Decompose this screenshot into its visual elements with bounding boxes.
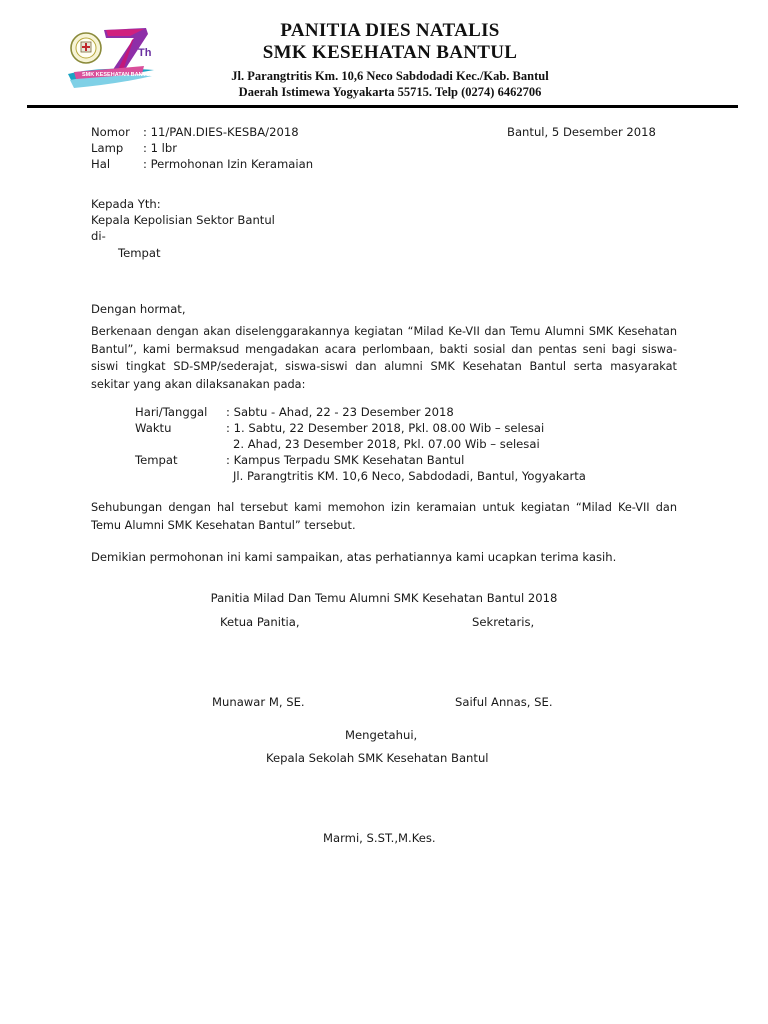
lamp-label: Lamp [91,140,123,156]
lamp-value: : 1 lbr [143,140,177,156]
nomor-value: : 11/PAN.DIES-KESBA/2018 [143,124,299,140]
hari-value: : Sabtu - Ahad, 22 - 23 Desember 2018 [226,404,454,420]
tempat-label: Tempat [135,452,178,468]
committee-name: Panitia Milad Dan Temu Alumni SMK Keseha… [0,590,768,606]
paragraph-intro: Berkenaan dengan akan diselenggarakannya… [91,323,677,393]
nomor-label: Nomor [91,124,130,140]
recipient-di: di- [91,228,106,244]
waktu-label: Waktu [135,420,171,436]
secretary-title: Sekretaris, [472,614,534,630]
principal-title: Kepala Sekolah SMK Kesehatan Bantul [266,750,489,766]
salutation: Dengan hormat, [91,301,186,317]
paragraph-closing: Demikian permohonan ini kami sampaikan, … [91,549,616,565]
hal-value: : Permohonan Izin Keramaian [143,156,313,172]
hari-label: Hari/Tanggal [135,404,207,420]
waktu-value-2: 2. Ahad, 23 Desember 2018, Pkl. 07.00 Wi… [233,436,540,452]
letter-page: Th SMK KESEHATAN BANTUL PANITIA DIES NAT… [0,0,768,1024]
hal-label: Hal [91,156,110,172]
paragraph-request: Sehubungan dengan hal tersebut kami memo… [91,499,677,534]
recipient-place: Tempat [118,245,161,261]
chair-title: Ketua Panitia, [220,614,300,630]
place-date: Bantul, 5 Desember 2018 [507,124,656,140]
principal-name: Marmi, S.ST.,M.Kes. [323,830,436,846]
recipient-name: Kepala Kepolisian Sektor Bantul [91,212,275,228]
letter-body: Nomor : 11/PAN.DIES-KESBA/2018 Bantul, 5… [0,0,768,1024]
tempat-value-1: : Kampus Terpadu SMK Kesehatan Bantul [226,452,464,468]
waktu-value-1: : 1. Sabtu, 22 Desember 2018, Pkl. 08.00… [226,420,544,436]
tempat-value-2: Jl. Parangtritis KM. 10,6 Neco, Sabdodad… [233,468,586,484]
secretary-name: Saiful Annas, SE. [455,694,553,710]
recipient-greeting: Kepada Yth: [91,196,161,212]
acknowledged-label: Mengetahui, [345,727,417,743]
chair-name: Munawar M, SE. [212,694,305,710]
